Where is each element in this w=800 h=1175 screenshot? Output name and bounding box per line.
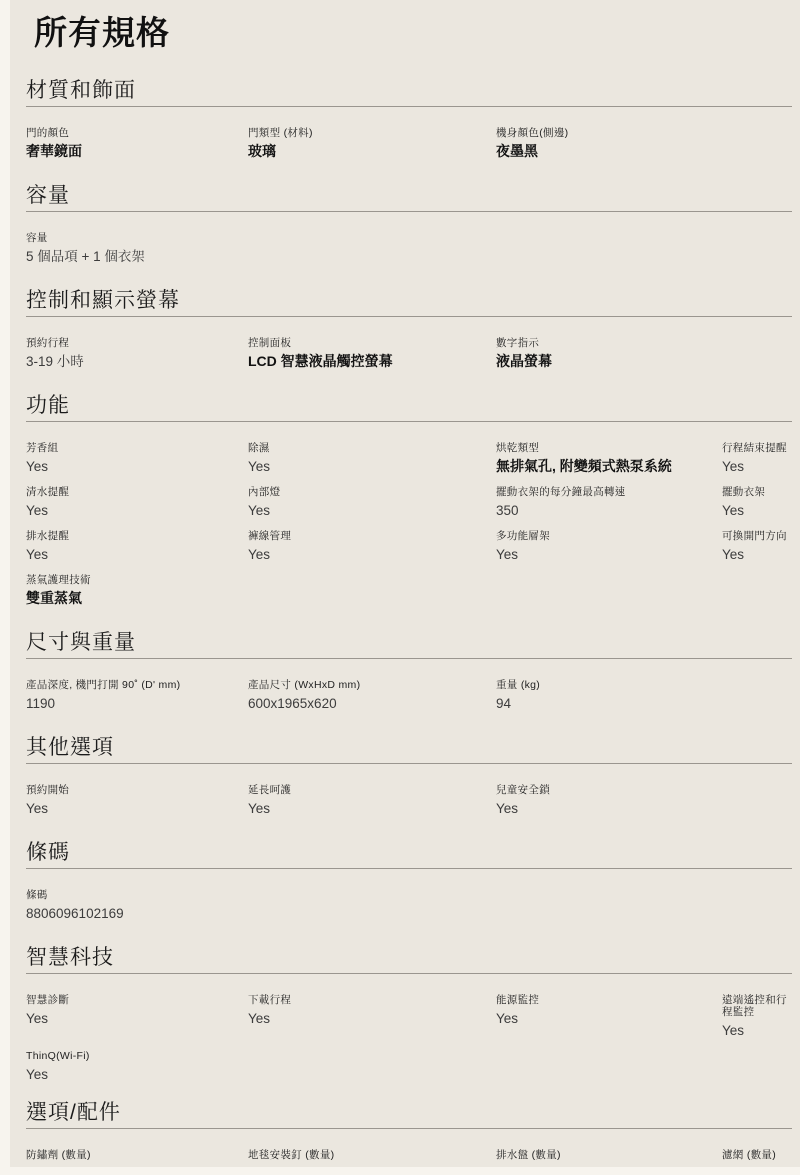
spec-label: 控制面板 [248, 337, 496, 349]
spec-label: 重量 (kg) [496, 679, 722, 691]
spec-item: 門的顏色 奢華鏡面 [26, 127, 248, 159]
spec-label: 可換開門方向 [722, 530, 794, 542]
section-features: 功能 芳香組 Yes 除濕 Yes 烘乾類型 無排氣孔, 附變頻式熱泵系統 行程… [10, 391, 800, 606]
spec-value: Yes [496, 547, 722, 562]
spec-item: 褲線管理 Yes [248, 530, 496, 562]
spec-item: 數字指示 液晶螢幕 [496, 337, 722, 369]
spec-value: 無排氣孔, 附變頻式熱泵系統 [496, 459, 722, 474]
section-heading: 材質和飾面 [26, 76, 800, 106]
spec-value: 玻璃 [248, 144, 496, 159]
spec-value: Yes [496, 801, 722, 816]
spec-label: 機身顏色(側邊) [496, 127, 722, 139]
spec-item: 預約開始 Yes [26, 784, 248, 816]
spec-label: 排水盤 (數量) [496, 1149, 722, 1161]
spec-label: 防鏽劑 (數量) [26, 1149, 248, 1161]
spec-item: 門類型 (材料) 玻璃 [248, 127, 496, 159]
section-heading: 選項/配件 [26, 1098, 800, 1128]
spec-value: Yes [248, 459, 496, 474]
spec-label: 條碼 [26, 889, 248, 901]
spec-value: No [248, 1166, 496, 1167]
spec-item: 行程結束提醒 Yes [722, 442, 794, 474]
section-control-display: 控制和顯示螢幕 預約行程 3-19 小時 控制面板 LCD 智慧液晶觸控螢幕 數… [10, 286, 800, 369]
section-divider [26, 763, 792, 764]
spec-item: 除濕 Yes [248, 442, 496, 474]
spec-item: 下載行程 Yes [248, 994, 496, 1038]
spec-value: 1 [496, 1166, 722, 1167]
spec-item: 地毯安裝釘 (數量) No [248, 1149, 496, 1167]
spec-item: 可換開門方向 Yes [722, 530, 794, 562]
spec-label: 芳香組 [26, 442, 248, 454]
section-barcode: 條碼 條碼 8806096102169 [10, 838, 800, 921]
spec-value: Yes [722, 459, 794, 474]
spec-item: 條碼 8806096102169 [26, 889, 248, 921]
spec-page: 所有規格 材質和飾面 門的顏色 奢華鏡面 門類型 (材料) 玻璃 機身顏色(側邊… [10, 0, 800, 1167]
spec-value: 3-19 小時 [26, 354, 248, 369]
spec-label: 數字指示 [496, 337, 722, 349]
spec-value: No [26, 1166, 248, 1167]
spec-label: 擺動衣架的每分鐘最高轉速 [496, 486, 722, 498]
spec-value: 1190 [26, 696, 248, 711]
spec-value: Yes [26, 547, 248, 562]
section-divider [26, 316, 792, 317]
spec-value: Yes [26, 503, 248, 518]
spec-item: 擺動衣架的每分鐘最高轉速 350 [496, 486, 722, 518]
section-divider [26, 973, 792, 974]
spec-value: Yes [722, 1023, 794, 1038]
spec-item: 排水盤 (數量) 1 [496, 1149, 722, 1167]
spec-item: 多功能層架 Yes [496, 530, 722, 562]
section-divider [26, 658, 792, 659]
spec-item: 遠端遙控和行程監控 Yes [722, 994, 794, 1038]
spec-item: 芳香組 Yes [26, 442, 248, 474]
section-heading: 其他選項 [26, 733, 800, 763]
spec-label: 除濕 [248, 442, 496, 454]
spec-item: 產品尺寸 (WxHxD mm) 600x1965x620 [248, 679, 496, 711]
section-heading: 容量 [26, 181, 800, 211]
spec-item: 容量 5 個品項 + 1 個衣架 [26, 232, 248, 264]
spec-label: 內部燈 [248, 486, 496, 498]
spec-value: Yes [248, 547, 496, 562]
section-other-options: 其他選項 預約開始 Yes 延長呵護 Yes 兒童安全鎖 Yes [10, 733, 800, 816]
spec-value: Yes [248, 1011, 496, 1026]
section-heading: 智慧科技 [26, 943, 800, 973]
spec-label: 產品尺寸 (WxHxD mm) [248, 679, 496, 691]
spec-item: 排水提醒 Yes [26, 530, 248, 562]
page-title: 所有規格 [34, 12, 800, 54]
section-divider [26, 211, 792, 212]
spec-label: 排水提醒 [26, 530, 248, 542]
spec-value: Yes [26, 801, 248, 816]
spec-label: 烘乾類型 [496, 442, 722, 454]
spec-value: Yes [26, 1067, 248, 1082]
spec-label: 預約行程 [26, 337, 248, 349]
spec-label: 能源監控 [496, 994, 722, 1006]
spec-value: Yes [26, 459, 248, 474]
spec-value: LCD 智慧液晶觸控螢幕 [248, 354, 496, 369]
spec-item: ThinQ(Wi-Fi) Yes [26, 1050, 248, 1082]
spec-item: 重量 (kg) 94 [496, 679, 722, 711]
spec-value: Yes [722, 503, 794, 518]
spec-item: 預約行程 3-19 小時 [26, 337, 248, 369]
spec-value: 5 個品項 + 1 個衣架 [26, 249, 248, 264]
section-materials-finish: 材質和飾面 門的顏色 奢華鏡面 門類型 (材料) 玻璃 機身顏色(側邊) 夜墨黑 [10, 76, 800, 159]
spec-value: Yes [496, 1011, 722, 1026]
spec-value: 奢華鏡面 [26, 144, 248, 159]
spec-label: 預約開始 [26, 784, 248, 796]
spec-item: 能源監控 Yes [496, 994, 722, 1038]
section-divider [26, 106, 792, 107]
spec-label: 蒸氣護理技術 [26, 574, 248, 586]
section-dimensions-weight: 尺寸與重量 產品深度, 機門打開 90˚ (D' mm) 1190 產品尺寸 (… [10, 628, 800, 711]
spec-item: 延長呵護 Yes [248, 784, 496, 816]
spec-value: No [722, 1166, 794, 1167]
spec-label: 下載行程 [248, 994, 496, 1006]
spec-item: 內部燈 Yes [248, 486, 496, 518]
spec-item: 擺動衣架 Yes [722, 486, 794, 518]
spec-item: 智慧診斷 Yes [26, 994, 248, 1038]
section-heading: 控制和顯示螢幕 [26, 286, 800, 316]
section-divider [26, 1128, 792, 1129]
spec-label: ThinQ(Wi-Fi) [26, 1050, 248, 1062]
spec-item: 兒童安全鎖 Yes [496, 784, 722, 816]
spec-label: 清水提醒 [26, 486, 248, 498]
spec-value: 350 [496, 503, 722, 518]
spec-label: 門的顏色 [26, 127, 248, 139]
spec-item: 防鏽劑 (數量) No [26, 1149, 248, 1167]
section-smart-technology: 智慧科技 智慧診斷 Yes 下載行程 Yes 能源監控 Yes 遠端遙控和行程監… [10, 943, 800, 1082]
spec-value: 夜墨黑 [496, 144, 722, 159]
spec-label: 兒童安全鎖 [496, 784, 722, 796]
spec-value: 94 [496, 696, 722, 711]
section-divider [26, 868, 792, 869]
spec-item: 蒸氣護理技術 雙重蒸氣 [26, 574, 248, 606]
spec-item: 濾網 (數量) No [722, 1149, 794, 1167]
spec-label: 智慧診斷 [26, 994, 248, 1006]
spec-label: 門類型 (材料) [248, 127, 496, 139]
spec-label: 褲線管理 [248, 530, 496, 542]
spec-value: Yes [722, 547, 794, 562]
spec-label: 地毯安裝釘 (數量) [248, 1149, 496, 1161]
spec-item: 機身顏色(側邊) 夜墨黑 [496, 127, 722, 159]
section-capacity: 容量 容量 5 個品項 + 1 個衣架 [10, 181, 800, 264]
spec-value: 液晶螢幕 [496, 354, 722, 369]
section-options-accessories: 選項/配件 防鏽劑 (數量) No 地毯安裝釘 (數量) No 排水盤 (數量)… [10, 1098, 800, 1167]
section-heading: 功能 [26, 391, 800, 421]
section-heading: 條碼 [26, 838, 800, 868]
spec-value: 600x1965x620 [248, 696, 496, 711]
spec-item: 產品深度, 機門打開 90˚ (D' mm) 1190 [26, 679, 248, 711]
spec-label: 擺動衣架 [722, 486, 794, 498]
spec-value: Yes [248, 801, 496, 816]
spec-label: 行程結束提醒 [722, 442, 794, 454]
spec-value: 8806096102169 [26, 906, 248, 921]
spec-item: 烘乾類型 無排氣孔, 附變頻式熱泵系統 [496, 442, 722, 474]
section-heading: 尺寸與重量 [26, 628, 800, 658]
spec-label: 濾網 (數量) [722, 1149, 794, 1161]
spec-label: 遠端遙控和行程監控 [722, 994, 794, 1018]
spec-label: 延長呵護 [248, 784, 496, 796]
section-divider [26, 421, 792, 422]
spec-item: 控制面板 LCD 智慧液晶觸控螢幕 [248, 337, 496, 369]
spec-value: Yes [26, 1011, 248, 1026]
spec-value: Yes [248, 503, 496, 518]
spec-label: 產品深度, 機門打開 90˚ (D' mm) [26, 679, 248, 691]
spec-label: 容量 [26, 232, 248, 244]
spec-item: 清水提醒 Yes [26, 486, 248, 518]
spec-label: 多功能層架 [496, 530, 722, 542]
spec-value: 雙重蒸氣 [26, 591, 248, 606]
